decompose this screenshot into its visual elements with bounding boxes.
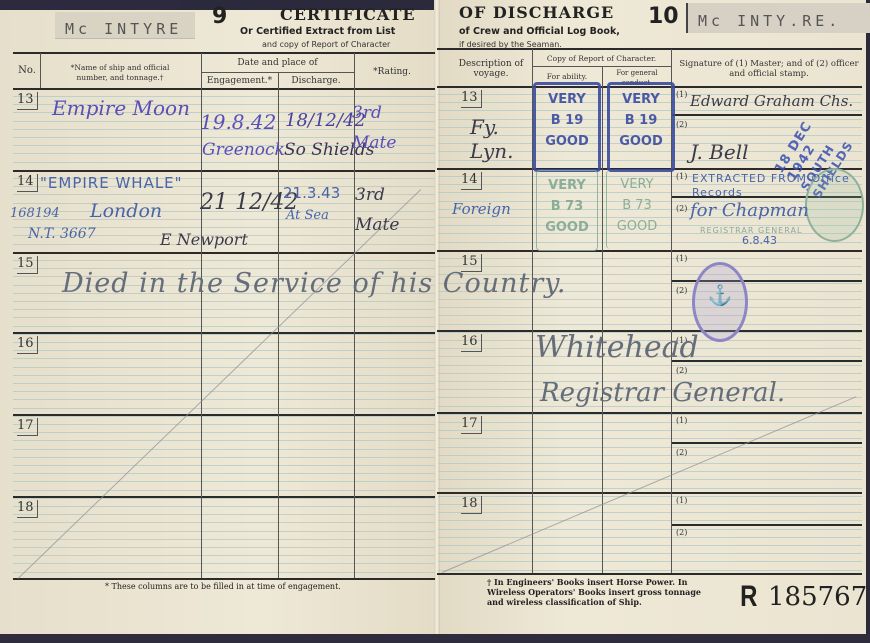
ruled-line [438, 455, 862, 456]
header-for-ability: For ability. [532, 72, 602, 82]
header-top-rule-right [437, 48, 862, 50]
row-number-15-left: 15 [17, 256, 38, 274]
table-bottom-rule-left [13, 578, 435, 580]
ruled-line [13, 514, 435, 515]
ruled-line [13, 342, 435, 343]
ruled-line [13, 531, 435, 532]
row-number-18-left: 18 [17, 500, 38, 518]
ruled-line [13, 490, 435, 491]
ruled-line [438, 570, 862, 571]
row14-registrar-date: 6.8.43 [742, 234, 777, 247]
ruled-line [13, 481, 435, 482]
date-place-subrule [201, 72, 354, 73]
row14-discharge-date: 21.3.43 [283, 184, 340, 202]
ruled-line [13, 572, 435, 573]
ruled-line [438, 422, 862, 423]
row-rule-left-15 [13, 252, 435, 254]
stamp-line: VERY [537, 175, 597, 196]
ruled-line [13, 424, 435, 425]
header-top-rule-left [13, 52, 435, 54]
header-no: No. [14, 66, 40, 76]
sig-mark-14-2: (2) [676, 204, 687, 213]
ruled-line [438, 561, 862, 562]
ruled-line [13, 440, 435, 441]
ruled-line [13, 399, 435, 400]
ruled-line [438, 463, 862, 464]
ruled-line [438, 529, 862, 530]
row14-extracted-note: EXTRACTED FROM Office Records [692, 172, 862, 200]
row14-ship-name: "EMPIRE WHALE" [40, 174, 183, 192]
ruled-line [13, 260, 435, 261]
stamp-line: GOOD [536, 131, 598, 152]
ruled-line [13, 457, 435, 458]
stamp-line: VERY [607, 174, 667, 195]
ruled-line [438, 447, 862, 448]
ruled-line [438, 479, 862, 480]
ruled-line [438, 299, 862, 300]
row13-engagement-place: Greenock [202, 140, 285, 160]
row14-engagement-place: E Newport [160, 230, 248, 249]
row-rule-right-15 [437, 250, 862, 252]
row13-rating: 3rd Mate [352, 98, 412, 158]
page-number-left: 9 [212, 4, 227, 29]
sig-mark-13-2: (2) [676, 120, 687, 129]
row-rule-left-17 [13, 414, 435, 416]
sig-mark-17-1: (1) [676, 416, 687, 425]
row-number-13-left: 13 [17, 92, 38, 110]
row-number-13-right: 13 [461, 90, 482, 108]
row-rule-left-16 [13, 332, 435, 334]
sig-rule-18 [672, 524, 862, 526]
ruled-line [438, 512, 862, 513]
ruled-line [13, 563, 435, 564]
stamp-line: B 19 [610, 110, 672, 131]
row13-conduct-stamp: VERY B 19 GOOD [607, 82, 675, 172]
stamp-line: B 73 [607, 195, 667, 216]
ruled-line [13, 432, 435, 433]
sig-mark-18-1: (1) [676, 496, 687, 505]
serial-number: 185767 [768, 582, 867, 612]
row-number-17-right: 17 [461, 416, 482, 434]
ruled-line [438, 315, 862, 316]
book-cover-right-edge [866, 0, 870, 643]
header-copy-report: Copy of Report of Character. [532, 54, 671, 64]
ruled-line [438, 438, 862, 439]
row-number-16-left: 16 [17, 336, 38, 354]
row14-conduct-stamp: VERY B 73 GOOD [606, 170, 667, 249]
ruled-line [438, 373, 862, 374]
copy-report-subrule [532, 66, 671, 67]
row-number-16-right: 16 [461, 334, 482, 352]
header-date-place: Date and place of [201, 58, 354, 68]
stamp-line: VERY [610, 89, 672, 110]
ruled-line [438, 488, 862, 489]
ruled-line [13, 547, 435, 548]
title-certificate: CERTIFICATE [280, 5, 416, 24]
row-rule-right-18 [437, 492, 862, 494]
row13-officer-signature: J. Bell [690, 140, 749, 164]
name-tab-left: Mc INTYRE [55, 12, 195, 39]
row-number-18-right: 18 [461, 496, 482, 514]
ruled-line [13, 539, 435, 540]
sig-rule-16 [672, 360, 862, 362]
row13-description: Fy. Lyn. [470, 115, 530, 163]
header-signature: Signature of (1) Master; and of (2) offi… [676, 59, 862, 79]
footnote-left: * These columns are to be filled in at t… [105, 582, 341, 592]
ruled-line [438, 307, 862, 308]
footnote-right: † In Engineers' Books insert Horse Power… [487, 577, 719, 607]
ruled-line [13, 326, 435, 327]
row14-discharge-place: At Sea [286, 208, 329, 223]
sig-mark-15-2: (2) [676, 286, 687, 295]
ruled-line [13, 309, 435, 310]
ruled-line [13, 506, 435, 507]
stamp-line: GOOD [607, 216, 667, 237]
sig-mark-18-2: (2) [676, 528, 687, 537]
ruled-line [13, 465, 435, 466]
row13-engagement-date: 19.8.42 [200, 110, 276, 134]
col-divider-no [40, 53, 41, 88]
row14-ship-port: London [90, 200, 162, 222]
row13-ability-stamp: VERY B 19 GOOD [533, 82, 601, 172]
registrar-signature-title: Registrar General. [540, 378, 785, 408]
row15-remark: Died in the Service of his Country. [62, 268, 566, 299]
ruled-line [13, 391, 435, 392]
stamp-line: GOOD [537, 217, 597, 238]
ruled-line [13, 383, 435, 384]
subtitle-left-2: and copy of Report of Character [262, 40, 390, 49]
subtitle-left-1: Or Certified Extract from List [240, 26, 395, 37]
ruled-line [13, 317, 435, 318]
row14-rating: 3rd Mate [355, 180, 415, 240]
header-description: Description of voyage. [456, 59, 526, 79]
sig-mark-13-1: (1) [676, 90, 687, 99]
ruled-line [438, 504, 862, 505]
ruled-line [438, 324, 862, 325]
stamp-line: B 19 [536, 110, 598, 131]
ruled-line [438, 430, 862, 431]
ruled-line [13, 367, 435, 368]
row13-ship-name: Empire Moon [52, 96, 190, 120]
header-engagement: Engagement.* [201, 76, 278, 86]
stamp-line: B 73 [537, 196, 597, 217]
stamp-line: VERY [536, 89, 598, 110]
row-rule-right-17 [437, 412, 862, 414]
row-number-14-left: 14 [17, 174, 38, 192]
ruled-line [13, 449, 435, 450]
ruled-line [13, 350, 435, 351]
row14-description: Foreign [452, 200, 511, 218]
ruled-line [438, 258, 862, 259]
header-bottom-rule-left [13, 88, 435, 90]
table-bottom-rule-right [437, 573, 862, 575]
ruled-line [438, 537, 862, 538]
ruled-line [13, 375, 435, 376]
sig-mark-17-2: (2) [676, 448, 687, 457]
row-rule-left-14 [13, 170, 435, 172]
ruled-line [438, 553, 862, 554]
ruled-line [13, 301, 435, 302]
row14-officer-signature: for Chapman [690, 200, 809, 221]
book-cover-edge [0, 0, 180, 10]
name-tab-right: Mc INTY.RE. [686, 3, 870, 33]
page-number-right: 10 [648, 4, 679, 29]
book-cover-bottom [0, 634, 870, 643]
row14-ship-number: 168194 [10, 206, 60, 221]
ruled-line [438, 471, 862, 472]
ruled-line [13, 162, 435, 163]
ruled-line [13, 408, 435, 409]
col-divider-ability [602, 67, 603, 573]
header-ship-name: *Name of ship and official number, and t… [55, 63, 185, 83]
stamp-line: GOOD [610, 131, 672, 152]
ruled-line [438, 496, 862, 497]
sig-mark-14-1: (1) [676, 172, 687, 181]
header-rating: *Rating. [354, 67, 430, 77]
admiralty-anchor-seal: ⚓ [692, 262, 748, 342]
title-of-discharge: OF DISCHARGE [459, 3, 614, 22]
header-discharge: Discharge. [278, 76, 354, 86]
ruled-line [13, 555, 435, 556]
subtitle-right-1: of Crew and Official Log Book, [459, 26, 620, 37]
row-number-17-left: 17 [17, 418, 38, 436]
ruled-line [13, 358, 435, 359]
serial-prefix: R [740, 580, 757, 614]
row-number-14-right: 14 [461, 172, 482, 190]
registrar-signature: Whitehead [535, 330, 699, 365]
ruled-line [438, 520, 862, 521]
ruled-line [13, 473, 435, 474]
row-rule-left-18 [13, 496, 435, 498]
sig-mark-16-2: (2) [676, 366, 687, 375]
sig-mark-15-1: (1) [676, 254, 687, 263]
row14-ship-tonnage: N.T. 3667 [28, 226, 96, 242]
sig-rule-17 [672, 442, 862, 444]
anchor-icon: ⚓ [695, 283, 745, 307]
row14-ability-stamp: VERY B 73 GOOD [536, 170, 598, 251]
